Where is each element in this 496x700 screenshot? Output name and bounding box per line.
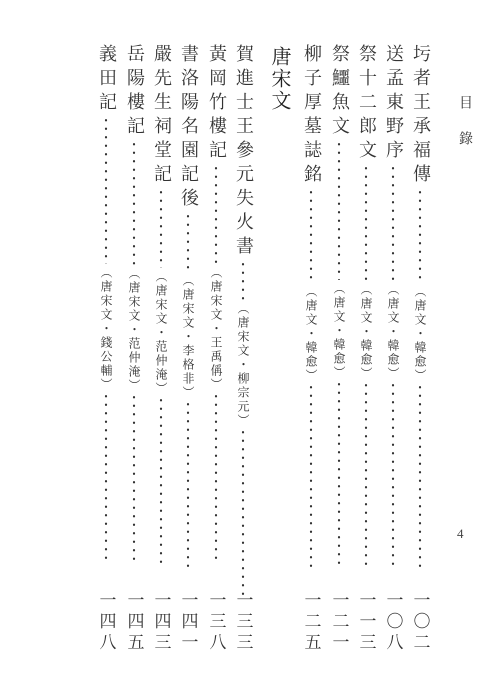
page-folio-number: 4: [457, 526, 464, 542]
toc-entry[interactable]: 賀進士王參元失火書 ︵唐宋文・柳宗元︶ 一三三: [232, 44, 254, 654]
toc-entry[interactable]: 義田記 ︵唐宋文・錢公輔︶ 一四八: [95, 44, 117, 654]
entry-title: 送孟東野序: [382, 44, 404, 164]
leader-dots: [104, 392, 108, 562]
leader-dots: [104, 116, 108, 264]
entry-title: 祭鱷魚文: [328, 44, 350, 140]
entry-author: ︵唐文・韓愈︶: [386, 283, 400, 381]
entry-title: 岳陽樓記: [123, 44, 145, 140]
toc-entry[interactable]: 柳子厚墓誌銘 ︵唐文・韓愈︶ 一二五: [300, 44, 322, 654]
entry-author: ︵唐宋文・范仲淹︶: [127, 267, 141, 393]
section-heading: 唐宋文: [266, 46, 292, 116]
entry-author: ︵唐文・韓愈︶: [304, 285, 318, 383]
entry-title: 賀進士王參元失火書: [232, 44, 254, 260]
leader-dots: [241, 260, 245, 300]
entry-page-number: 一〇二: [408, 591, 433, 654]
leader-dots: [364, 381, 368, 571]
entry-author: ︵唐宋文・王禹偁︶: [209, 266, 223, 392]
toc-entry[interactable]: 黃岡竹樓記 ︵唐宋文・王禹偁︶ 一三八: [205, 44, 227, 654]
entry-author: ︵唐文・韓愈︶: [332, 282, 346, 380]
entry-page-number: 一三八: [204, 591, 229, 654]
entry-title: 祭十二郎文: [355, 44, 377, 164]
leader-dots: [186, 212, 190, 272]
entry-page-number: 一〇八: [381, 591, 406, 654]
entry-title: 圬者王承福傳: [409, 44, 431, 188]
leader-dots: [337, 140, 341, 280]
leader-dots: [309, 383, 313, 573]
entry-page-number: 一二一: [327, 591, 352, 654]
entry-page-number: 一三三: [231, 591, 256, 654]
entry-page-number: 一四八: [94, 591, 119, 654]
leader-dots: [132, 140, 136, 265]
entry-author: ︵唐宋文・柳宗元︶: [236, 302, 250, 428]
leader-dots: [418, 188, 422, 283]
entry-title: 黃岡竹樓記: [205, 44, 227, 164]
toc-entry[interactable]: 書洛陽名園記後 ︵唐宋文・李格非︶ 一四一: [177, 44, 199, 654]
entry-author: ︵唐文・韓愈︶: [413, 285, 427, 383]
entry-title: 柳子厚墓誌銘: [300, 44, 322, 188]
leader-dots: [309, 188, 313, 283]
entry-author: ︵唐宋文・錢公輔︶: [99, 266, 113, 392]
entry-page-number: 一二五: [299, 591, 324, 654]
leader-dots: [159, 396, 163, 566]
section-heading-text: 唐宋文: [266, 46, 295, 112]
entry-author: ︵唐文・韓愈︶: [359, 283, 373, 381]
page-header-title: 目錄: [455, 95, 475, 167]
entry-title: 義田記: [95, 44, 117, 116]
entry-author: ︵唐宋文・范仲淹︶: [154, 270, 168, 396]
leader-dots: [214, 392, 218, 562]
toc-entry[interactable]: 送孟東野序 ︵唐文・韓愈︶ 一〇八: [382, 44, 404, 654]
toc-entry[interactable]: 圬者王承福傳 ︵唐文・韓愈︶ 一〇二: [409, 44, 431, 654]
leader-dots: [186, 400, 190, 570]
entry-page-number: 一四五: [122, 591, 147, 654]
leader-dots: [159, 188, 163, 268]
entry-page-number: 一一三: [354, 591, 379, 654]
entry-title: 書洛陽名園記後: [177, 44, 199, 212]
leader-dots: [391, 381, 395, 571]
entry-title: 嚴先生祠堂記: [150, 44, 172, 188]
toc-entry[interactable]: 祭十二郎文 ︵唐文・韓愈︶ 一一三: [355, 44, 377, 654]
page-header: 目錄: [455, 95, 475, 171]
leader-dots: [391, 164, 395, 281]
toc-entry[interactable]: 祭鱷魚文 ︵唐文・韓愈︶ 一二一: [328, 44, 350, 654]
leader-dots: [364, 164, 368, 281]
entry-page-number: 一四一: [176, 591, 201, 654]
toc-entry[interactable]: 岳陽樓記 ︵唐宋文・范仲淹︶ 一四五: [123, 44, 145, 654]
entry-page-number: 一四三: [149, 591, 174, 654]
leader-dots: [132, 393, 136, 563]
leader-dots: [418, 383, 422, 573]
leader-dots: [214, 164, 218, 264]
toc-entry[interactable]: 嚴先生祠堂記 ︵唐宋文・范仲淹︶ 一四三: [150, 44, 172, 654]
entry-author: ︵唐宋文・李格非︶: [181, 274, 195, 400]
leader-dots: [241, 428, 245, 598]
leader-dots: [337, 380, 341, 570]
